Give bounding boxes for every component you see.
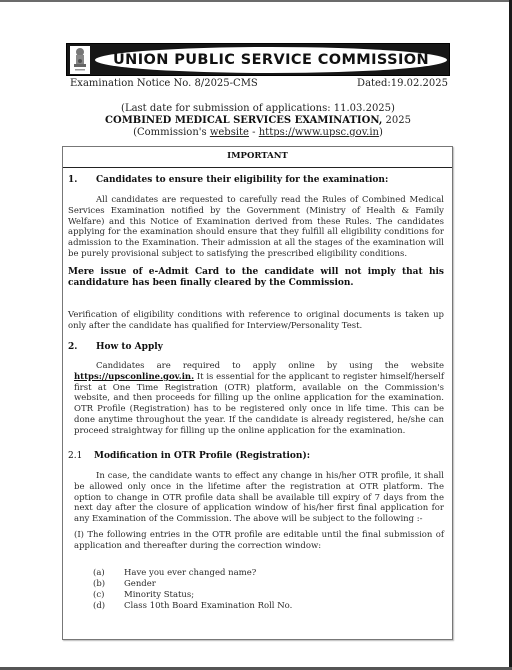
section-2-1-title: Modification in OTR Profile (Registratio… bbox=[94, 451, 310, 461]
section-1-number: 1. bbox=[68, 175, 77, 185]
upsconline-link[interactable]: https://upsconline.gov.in. bbox=[74, 372, 194, 382]
admit-card-notice: Mere issue of e-Admit Card to the candid… bbox=[68, 267, 444, 289]
apply-intro: Candidates are required to apply online … bbox=[96, 361, 444, 371]
otr-modification-paragraph: In case, the candidate wants to effect a… bbox=[74, 471, 444, 525]
website-line: (Commission's website - https://www.upsc… bbox=[62, 127, 454, 139]
section-2-title: How to Apply bbox=[96, 342, 163, 352]
verification-paragraph: Verification of eligibility conditions w… bbox=[68, 310, 444, 332]
last-date: (Last date for submission of application… bbox=[62, 103, 454, 115]
list-item-text: Minority Status; bbox=[124, 590, 194, 600]
list-item-text: Class 10th Board Examination Roll No. bbox=[124, 601, 292, 611]
website-word: website bbox=[210, 127, 249, 138]
website-separator: - bbox=[249, 127, 259, 138]
notice-date: Dated:19.02.2025 bbox=[357, 78, 448, 89]
list-item-letter: (d) bbox=[93, 601, 105, 611]
exam-name: COMBINED MEDICAL SERVICES EXAMINATION, bbox=[105, 115, 382, 126]
website-suffix: ) bbox=[379, 127, 383, 138]
website-link[interactable]: https://www.upsc.gov.in bbox=[259, 127, 379, 138]
list-item-text: Gender bbox=[124, 579, 156, 589]
notice-row: Examination Notice No. 8/2025-CMS Dated:… bbox=[70, 78, 448, 89]
list-item-letter: (a) bbox=[93, 568, 105, 578]
website-prefix: (Commission's bbox=[133, 127, 210, 138]
national-emblem-icon bbox=[70, 46, 90, 74]
section-1-paragraph: All candidates are requested to carefull… bbox=[68, 195, 444, 260]
organisation-title: UNION PUBLIC SERVICE COMMISSION bbox=[113, 52, 429, 68]
notice-number: Examination Notice No. 8/2025-CMS bbox=[70, 78, 258, 89]
exam-title: COMBINED MEDICAL SERVICES EXAMINATION, 2… bbox=[62, 115, 454, 127]
section-2-number: 2. bbox=[68, 342, 77, 352]
list-item-text: Have you ever changed name? bbox=[124, 568, 256, 578]
important-heading: IMPORTANT bbox=[63, 147, 452, 168]
title-ellipse: UNION PUBLIC SERVICE COMMISSION bbox=[95, 47, 447, 73]
section-2-1-number: 2.1 bbox=[68, 451, 82, 461]
list-item-letter: (c) bbox=[93, 590, 104, 600]
list-item-letter: (b) bbox=[93, 579, 105, 589]
section-2-paragraph: Candidates are required to apply online … bbox=[74, 361, 444, 437]
section-1-title: Candidates to ensure their eligibility f… bbox=[96, 175, 388, 185]
upsc-banner: UNION PUBLIC SERVICE COMMISSION bbox=[66, 43, 450, 76]
editable-entries-paragraph: (I) The following entries in the OTR pro… bbox=[74, 530, 444, 552]
page-top-border bbox=[0, 0, 512, 2]
exam-year: 2025 bbox=[382, 115, 411, 126]
exam-title-block: (Last date for submission of application… bbox=[62, 103, 454, 139]
important-box: IMPORTANT 1. Candidates to ensure their … bbox=[62, 146, 453, 640]
